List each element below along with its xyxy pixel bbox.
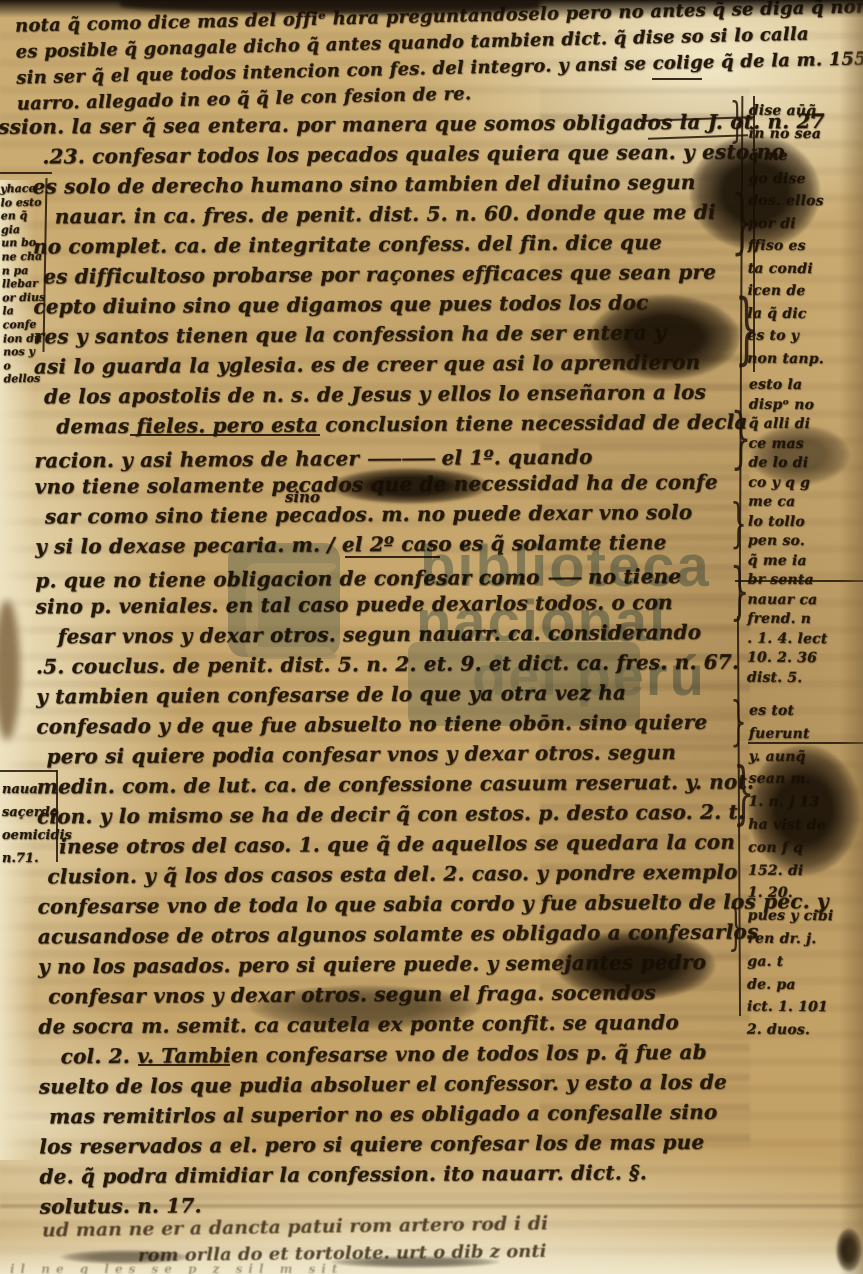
ink-blot xyxy=(690,135,820,250)
main-text-line: mas remitirlos al superior no es obligad… xyxy=(39,1100,749,1135)
left-margin-note-line: n.71. xyxy=(2,847,58,870)
left-margin-note-line: nos y xyxy=(3,345,47,359)
main-text-line: demas fieles. pero esta conclusion tiene… xyxy=(34,410,744,445)
left-margin-rule xyxy=(0,770,57,772)
margin-brace: } xyxy=(730,560,750,622)
underline-155 xyxy=(652,78,702,80)
left-margin-note-line: o dellos xyxy=(3,358,47,386)
left-margin-note-line: oemicidis xyxy=(2,824,58,847)
manuscript-page: nota q̃ como dice mas del offiᵉ hara pre… xyxy=(0,0,863,1274)
interlinear-correction: sino xyxy=(285,488,320,506)
fold-crease xyxy=(0,1204,863,1208)
main-text-line: clusion. y q̃ los dos casos esta del. 2.… xyxy=(37,860,747,895)
main-text-line: de los apostolis de n. s. de Jesus y ell… xyxy=(34,380,744,415)
left-margin-note-line: lo esto xyxy=(0,195,44,209)
ink-smudge xyxy=(60,1250,190,1264)
ink-smudge xyxy=(750,425,850,485)
ink-blot xyxy=(590,295,740,380)
main-text-line: sar como sino tiene pecados. m. no puede… xyxy=(35,500,745,535)
ink-smudge xyxy=(330,1256,500,1268)
main-text-line: y tambien quien confesarse de lo que ya … xyxy=(36,680,746,715)
main-text: ssion. la ser q̃ sea entera. por manera … xyxy=(32,110,750,1225)
main-text-line: fesar vnos y dexar otros. segun nauarr. … xyxy=(36,620,746,655)
main-text-line: es difficultoso probarse por raçones eff… xyxy=(33,260,743,295)
left-margin-note-2: nauasaçerdooemicidisn.71. xyxy=(2,778,58,870)
main-text-line: y si lo dexase pecaria. m. / el 2º caso … xyxy=(35,530,745,565)
main-text-line: es solo de derecho humano sino tambien d… xyxy=(33,170,743,205)
ink-blot-strikeout xyxy=(330,468,490,504)
left-margin-note-line: naua xyxy=(2,778,58,801)
left-margin-note-line: saçerdo xyxy=(2,801,58,824)
main-text-line: confesarse vno de toda lo que sabia cord… xyxy=(38,890,748,925)
main-text-line: suelto de los que pudia absoluer el conf… xyxy=(39,1070,749,1105)
left-margin-note-line: un bo xyxy=(1,236,45,250)
page-right-edge-shade xyxy=(839,0,863,1274)
underline-2o-caso xyxy=(345,556,440,558)
left-margin-note-line: yhace xyxy=(0,182,44,196)
underline-tambien xyxy=(138,1064,230,1066)
margin-brace: } xyxy=(730,498,747,550)
margin-brace: } xyxy=(728,902,744,952)
left-margin-note-line: or dius xyxy=(2,290,46,304)
underline-conclusion xyxy=(130,434,320,436)
margin-brace: } xyxy=(731,405,752,471)
main-text-line: .5. couclus. de penit. dist. 5. n. 2. et… xyxy=(36,650,746,685)
left-note-box-line xyxy=(56,770,58,862)
main-text-line: los reservados a el. pero si quiere conf… xyxy=(39,1130,749,1165)
ink-smudge xyxy=(250,985,480,1030)
margin-brace: } xyxy=(730,696,747,748)
left-margin-rule xyxy=(0,172,52,174)
left-margin-note-1: yhacelo estoen q̃ giaun bone chan palleb… xyxy=(0,182,48,387)
left-margin-note-line: llebar xyxy=(2,277,46,291)
left-margin-note-line: ne cha xyxy=(1,250,45,264)
main-text-line: col. 2. v. Tambien confesarse vno de tod… xyxy=(39,1040,749,1075)
main-text-line: pero si quiere podia confesar vnos y dex… xyxy=(37,740,747,775)
main-text-line: sino p. veniales. en tal caso puede dexa… xyxy=(35,590,745,625)
left-margin-note-line: ion du xyxy=(3,331,47,345)
left-margin-note-line: en q̃ gia xyxy=(1,209,45,237)
main-text-line: nauar. in ca. fres. de penit. dist. 5. n… xyxy=(33,200,743,235)
main-text-line: cion. y lo mismo se ha de decir q̃ con e… xyxy=(37,800,747,835)
left-margin-note-line: n pa xyxy=(2,263,46,277)
main-text-line: medin. com. de lut. ca. de confessione c… xyxy=(37,770,747,805)
main-text-line: .23. confesar todos los pecados quales q… xyxy=(32,140,742,175)
ink-blot xyxy=(555,930,715,1000)
main-text-line: confesado y de que fue absuelto no tiene… xyxy=(36,710,746,745)
main-text-line: no complet. ca. de integritate confess. … xyxy=(33,230,743,265)
main-text-line: de. q̃ podra dimidiar la confession. ito… xyxy=(39,1160,749,1195)
left-margin-note-line: la confe xyxy=(2,304,46,332)
main-text-line: inese otros del caso. 1. que q̃ de aquel… xyxy=(37,830,747,865)
main-text-line: p. que no tiene obligacion de confesar c… xyxy=(35,560,745,595)
